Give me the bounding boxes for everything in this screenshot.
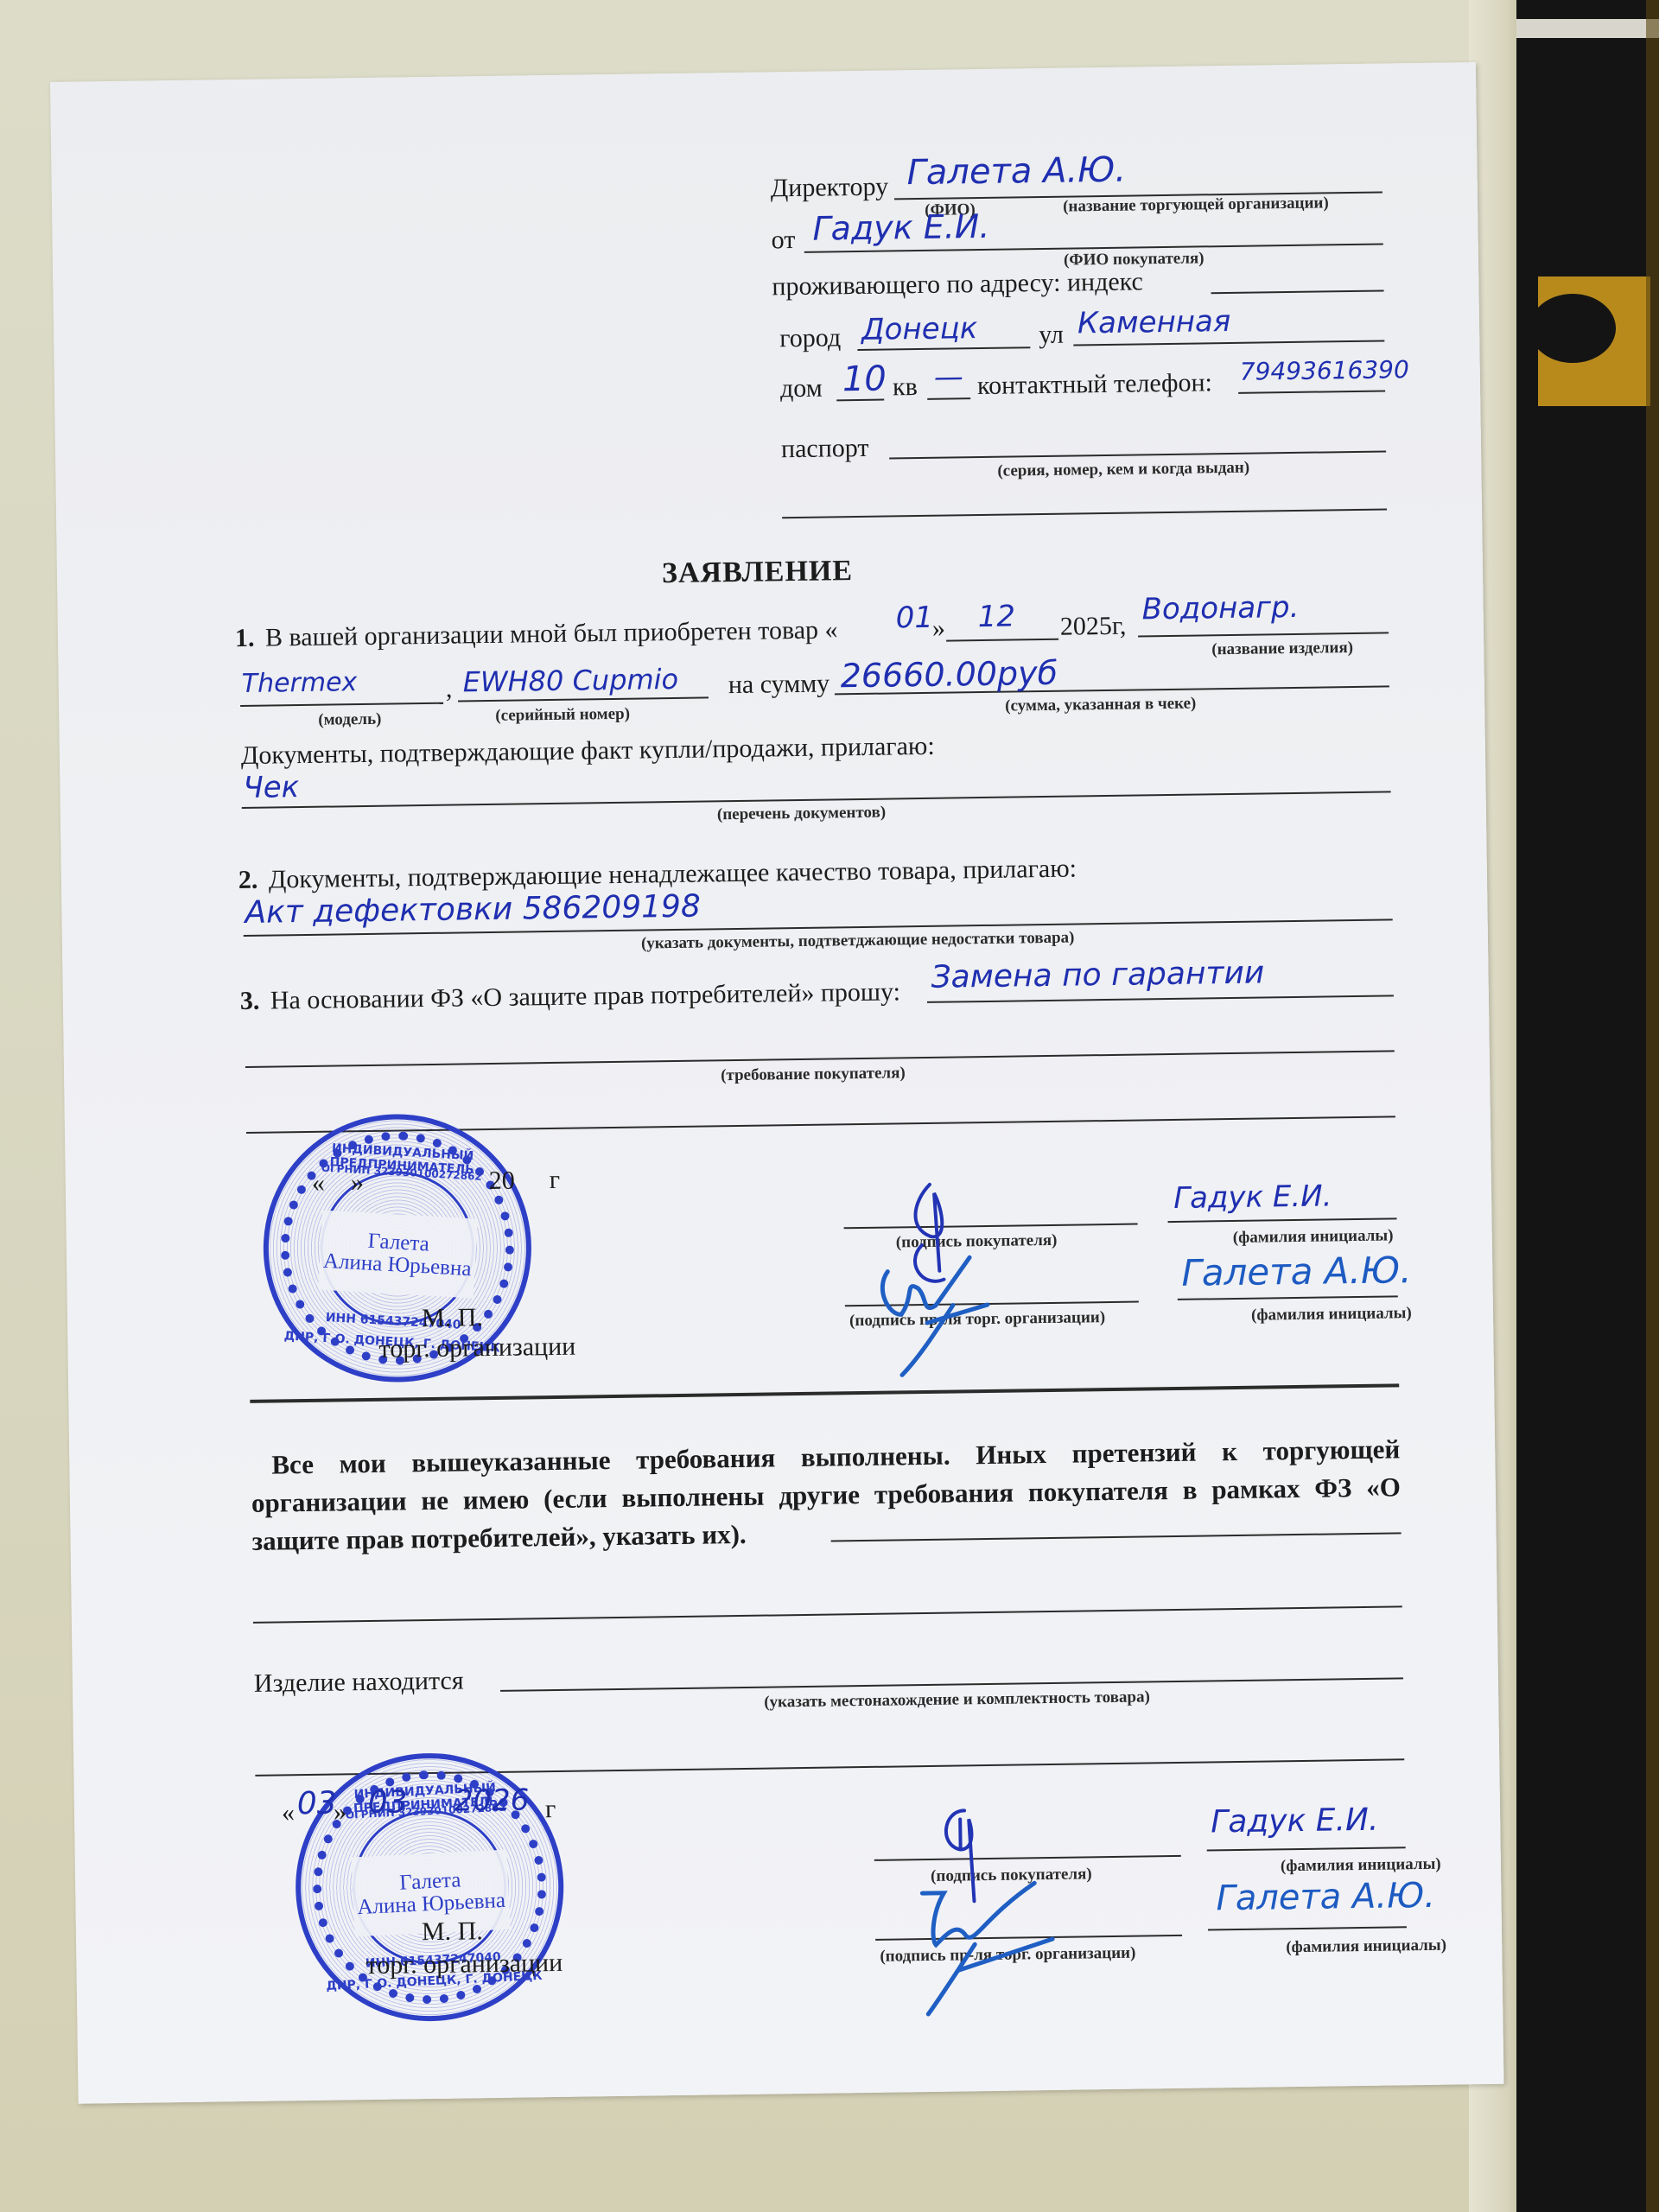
seller-signature-2 [905,1874,1071,2024]
mp-label-1: М. П. [422,1303,483,1333]
house-value: 10 [842,359,887,400]
buyer-sign-line-2 [874,1855,1181,1861]
model-line [240,702,443,707]
section-3-value: Замена по гарантии [931,955,1264,995]
model-value: Thermex [242,667,358,699]
apt-line [927,397,970,400]
director-label: Директору [771,172,889,203]
org-label-2: торг. организации [365,1948,563,1980]
completion-line-2 [253,1605,1402,1624]
passport-label: паспорт [781,434,869,464]
stamp-name-2: Алина Юрьевна [322,1250,472,1281]
buyer-name-value-2: Гадук Е.И. [1211,1802,1379,1840]
apt-label: кв [893,372,918,402]
date-year-2: 2026 [454,1783,530,1818]
location-line [500,1677,1403,1692]
seller-name-value-1: Галета А.Ю. [1181,1249,1412,1294]
address-label: проживающего по адресу: индекс [772,267,1143,302]
quote-close: » [932,614,945,644]
yellow-edge [1646,0,1659,2212]
purchase-day: 01 [895,601,933,636]
sum-value: 26660.00руб [840,654,1058,696]
document-title: ЗАЯВЛЕНИЕ [662,555,854,590]
date-day-2: 03 [297,1786,337,1822]
phone-value: 79493616390 [1240,355,1409,386]
yellow-logo-fragment [1538,276,1650,406]
org-label-1: торг. организации [378,1332,575,1364]
year-text: 2025г, [1060,612,1127,642]
buyer-sign-line-1 [844,1224,1138,1230]
phone-line [1238,390,1385,393]
product-value: Водонагр. [1141,590,1299,627]
month-line [946,639,1058,642]
passport-caption: (серия, номер, кем и когда выдан) [997,459,1249,481]
section-2-number: 2. [238,866,258,895]
date-open-1: « [312,1169,325,1198]
seller-name-caption-1: (фамилия инициалы) [1251,1304,1412,1325]
section-2-value: Акт дефектовки 586209198 [245,889,701,931]
panel-strip [1516,19,1659,38]
mp-label-2: М. П. [422,1916,483,1947]
seller-name-line-2 [1208,1926,1407,1930]
city-value: Донецк [861,311,978,347]
stamp-core: Галета Алина Юрьевна [318,1211,478,1299]
phone-label: контактный телефон: [977,368,1212,401]
from-label: от [771,226,795,255]
serial-caption: (серийный номер) [495,705,630,726]
index-line [1211,289,1384,294]
director-value: Галета А.Ю. [906,150,1126,194]
section-3-line [927,995,1394,1003]
date-close-1: » [351,1168,364,1198]
product-line [1138,632,1389,637]
completion-text: Все мои вышеуказанные требования выполне… [251,1430,1402,1560]
location-label: Изделие находится [254,1667,464,1699]
purchase-month: 12 [977,599,1015,634]
docs-value: Чек [243,770,299,805]
section-3-number: 3. [240,987,260,1016]
city-label: город [779,323,841,353]
date-close-2: » [334,1797,346,1827]
model-caption: (модель) [318,710,381,730]
dark-panel-background [1516,0,1659,2212]
buyer-name-value-1: Гадук Е.И. [1173,1179,1332,1216]
docs-label: Документы, подтверждающие факт купли/про… [241,732,935,771]
seller-name-caption-2: (фамилия инициалы) [1286,1936,1446,1958]
date-year-1: 20 [489,1166,515,1196]
stamp-name-2: Алина Юрьевна [357,1890,506,1920]
date-year-suffix-2: г [545,1795,556,1824]
section-1-number: 1. [235,624,255,653]
sum-caption: (сумма, указанная в чеке) [1005,695,1196,716]
city-line [857,346,1030,351]
passport-line-2 [782,508,1387,518]
seller-signature-1 [866,1244,1014,1384]
claim-form-paper: Директору Галета А.Ю. (ФИО) (название то… [50,62,1504,2104]
seller-name-line-1 [1178,1295,1398,1300]
from-value: Гадук Е.И. [812,207,989,248]
buyer-name-line-1 [1168,1217,1397,1223]
section-1-text: В вашей организации мной был приобретен … [265,615,838,652]
org-caption: (название торгующей организации) [1063,194,1329,216]
serial-value: EWH80 Cupmio [462,663,678,698]
seller-name-value-2: Галета А.Ю. [1216,1876,1435,1919]
section-3-label: На основании ФЗ «О защите прав потребите… [270,977,901,1015]
date-year-suffix-1: г [550,1166,561,1195]
street-label: ул [1039,321,1064,350]
house-label: дом [780,374,823,404]
section-2-caption: (указать документы, подтветджающие недос… [641,929,1075,954]
product-caption: (название изделия) [1211,639,1353,659]
street-line [1073,340,1384,346]
date-month-2: 03 [368,1784,408,1821]
comma: , [446,675,453,704]
docs-caption: (перечень документов) [717,804,886,825]
date-open-2: « [282,1798,295,1827]
street-value: Каменная [1077,304,1231,340]
buyer-name-caption-2: (фамилия инициалы) [1281,1855,1441,1877]
section-3-caption: (требование покупателя) [721,1064,906,1085]
apt-value: — [934,359,964,394]
buyer-name-caption-1: (фамилия инициалы) [1233,1226,1394,1248]
location-caption: (указать местонахождение и комплектность… [764,1688,1150,1712]
sum-label: на сумму [728,669,830,700]
buyer-name-line-2 [1207,1847,1406,1851]
passport-line [889,450,1386,459]
section-separator [250,1383,1399,1403]
